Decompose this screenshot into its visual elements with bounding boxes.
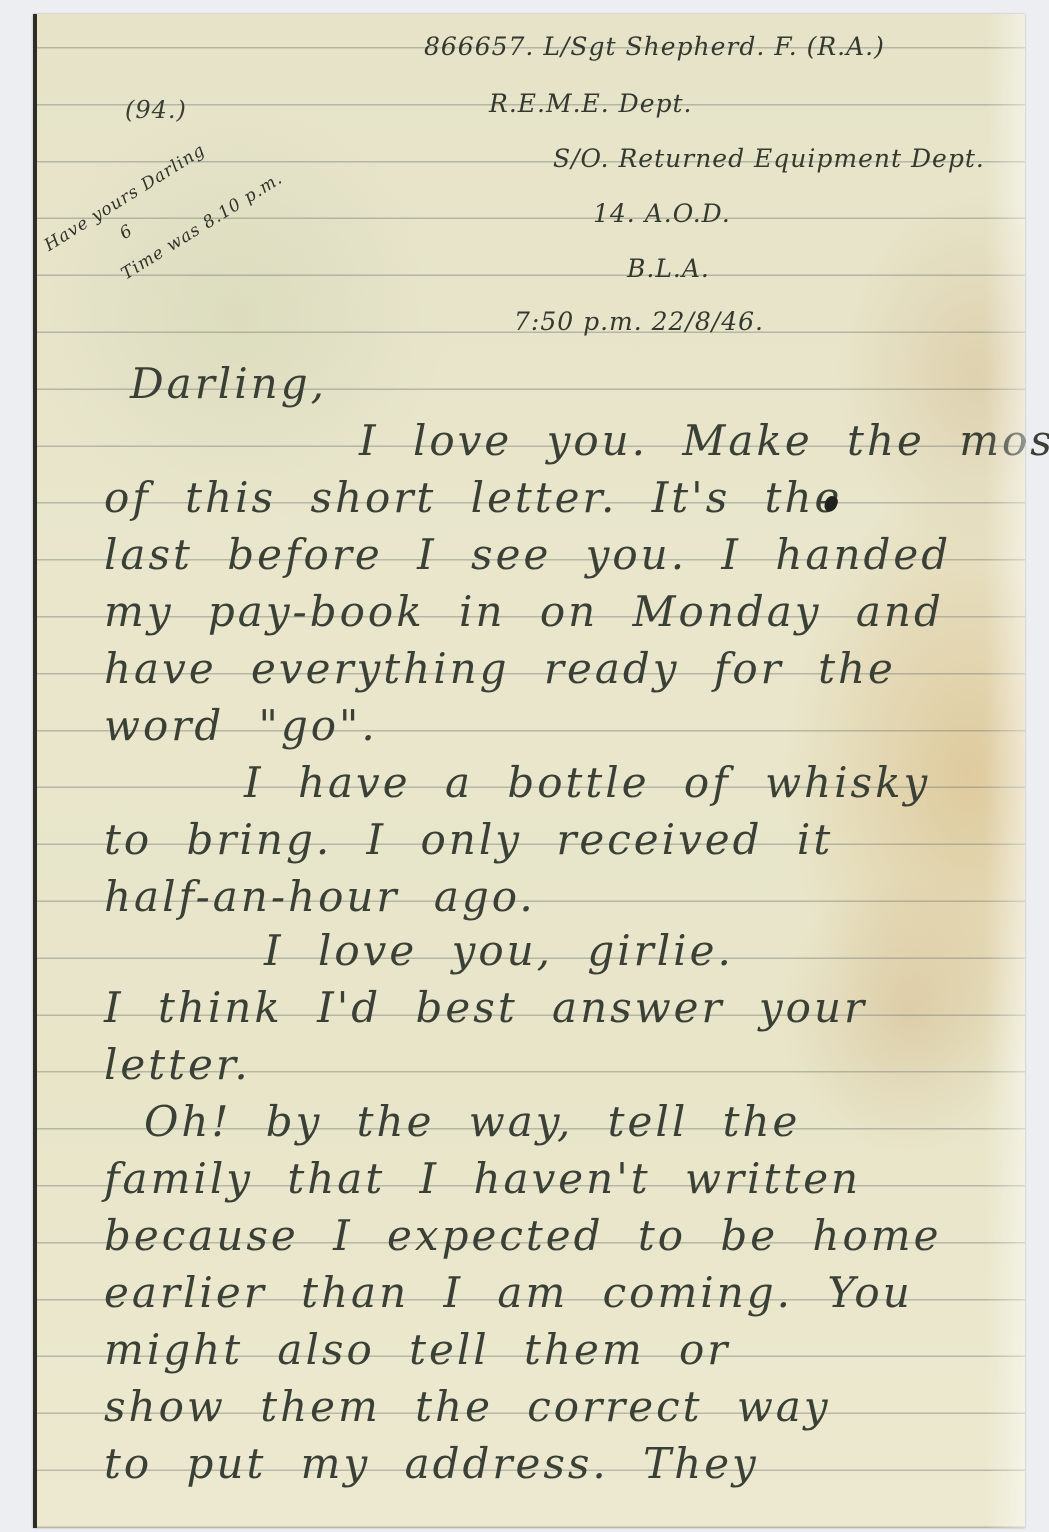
letter-datetime: 7:50 p.m. 22/8/46.: [514, 307, 764, 336]
body-line-6: word "go".: [104, 701, 378, 750]
body-line-1: I love you. Make the most: [359, 416, 1049, 465]
body-line-12: letter.: [104, 1040, 251, 1089]
body-line-11: I think I'd best answer your: [104, 983, 867, 1032]
address-line-3: S/O. Returned Equipment Dept.: [553, 144, 985, 173]
body-line-18: show them the correct way: [104, 1382, 831, 1431]
address-line-2: R.E.M.E. Dept.: [489, 89, 693, 118]
body-line-3: last before I see you. I handed: [104, 530, 951, 579]
body-line-13: Oh! by the way, tell the: [144, 1097, 800, 1146]
body-line-17: might also tell them or: [104, 1325, 730, 1374]
body-line-5: have everything ready for the: [104, 644, 896, 693]
letter-paper: (94.) Have yours Darling 6 Time was 8.10…: [33, 14, 1025, 1528]
body-line-14: family that I haven't written: [104, 1154, 861, 1203]
margin-note-line-2: 6: [116, 221, 137, 244]
body-line-10: I love you, girlie.: [264, 926, 734, 975]
address-line-4: 14. A.O.D.: [593, 199, 731, 228]
body-line-7: I have a bottle of whisky: [244, 758, 930, 807]
body-line-4: my pay-book in on Monday and: [104, 587, 944, 636]
salutation: Darling,: [130, 359, 327, 408]
body-line-16: earlier than I am coming. You: [104, 1268, 913, 1317]
body-line-15: because I expected to be home: [104, 1211, 941, 1260]
body-line-8: to bring. I only received it: [104, 815, 833, 864]
body-line-9: half-an-hour ago.: [104, 872, 536, 921]
address-line-1: 866657. L/Sgt Shepherd. F. (R.A.): [424, 32, 885, 61]
body-line-19: to put my address. They: [104, 1439, 759, 1488]
address-line-5: B.L.A.: [627, 254, 710, 283]
body-line-2: of this short letter. It's the: [104, 473, 842, 522]
letter-photo: (94.) Have yours Darling 6 Time was 8.10…: [0, 0, 1049, 1532]
